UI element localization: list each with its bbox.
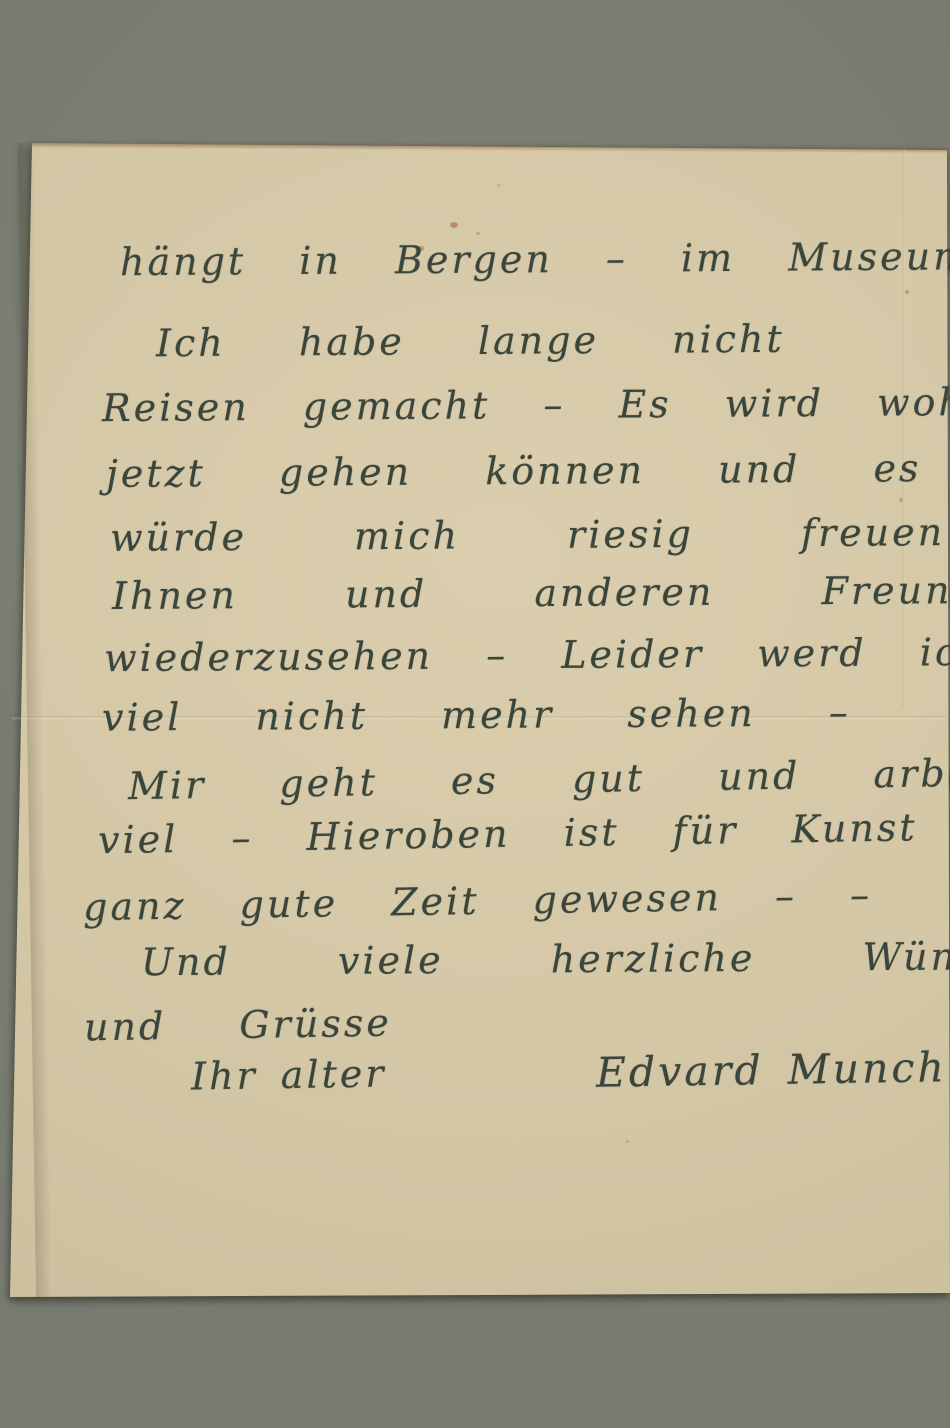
handwriting-line-1: hängt in Bergen – im Museum – <box>120 237 950 281</box>
foxing-spot <box>905 290 909 294</box>
handwriting-line-5: würde mich riesig freuen <box>110 513 945 557</box>
letter-paper: hängt in Bergen – im Museum – Ich habe l… <box>8 140 950 1300</box>
handwriting-line-4: jetzt gehen können und es <box>106 449 922 493</box>
foxing-spot <box>450 222 458 228</box>
handwriting-line-11: ganz gute Zeit gewesen – – <box>83 876 873 926</box>
handwriting-line-8: viel nicht mehr sehen – <box>102 693 851 736</box>
handwriting-line-3: Reisen gemacht – Es wird wohl <box>102 383 950 427</box>
paper-speck <box>626 1140 629 1143</box>
photo-background: hängt in Bergen – im Museum – Ich habe l… <box>0 0 950 1428</box>
foxing-spot <box>899 498 903 502</box>
closing-line: Ihr alter <box>191 1054 387 1095</box>
paper-speck <box>497 184 501 187</box>
vertical-crease <box>902 148 905 708</box>
signature: Edvard Munch <box>596 1047 947 1094</box>
handwriting-line-13: und Grüsse <box>84 1004 392 1047</box>
foxing-spot <box>476 232 480 235</box>
handwriting-line-6: Ihnen und anderen Freund <box>112 571 950 615</box>
handwriting-line-7: wiederzusehen – Leider werd ich <box>104 633 950 677</box>
handwriting-line-2: Ich habe lange nicht <box>156 320 785 362</box>
handwriting-line-12: Und viele herzliche Wünsche <box>141 937 950 981</box>
